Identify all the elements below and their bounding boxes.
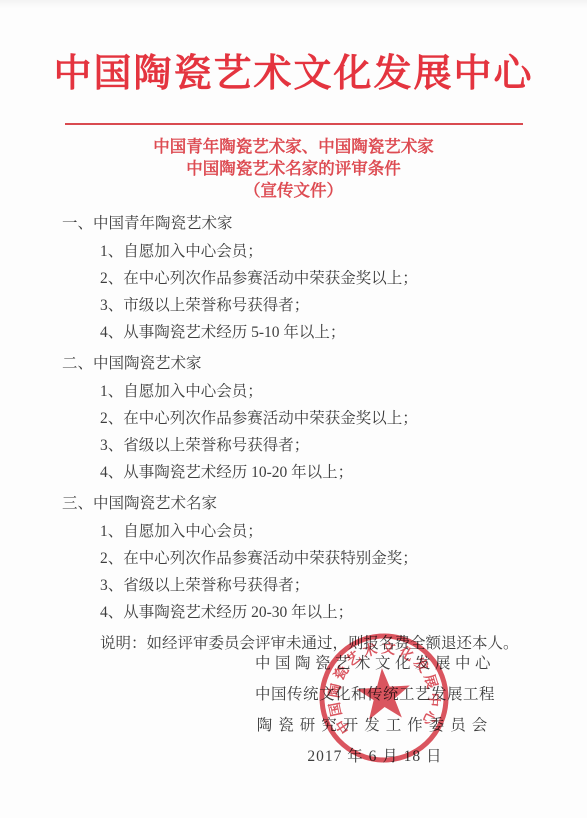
condition-item: 1、自愿加入中心会员； xyxy=(100,382,587,401)
condition-item: 4、从事陶瓷艺术经历 5-10 年以上； xyxy=(100,323,587,342)
document-body: 一、中国青年陶瓷艺术家 1、自愿加入中心会员； 2、在中心列次作品参赛活动中荣获… xyxy=(62,208,587,653)
document-subtitle: 中国青年陶瓷艺术家、中国陶瓷艺术家 中国陶瓷艺术名家的评审条件 （宣传文件） xyxy=(0,136,587,202)
subtitle-line-2: 中国陶瓷艺术名家的评审条件 xyxy=(0,158,587,180)
condition-item: 1、自愿加入中心会员； xyxy=(100,522,587,541)
section-young-ceramic-artist: 一、中国青年陶瓷艺术家 1、自愿加入中心会员； 2、在中心列次作品参赛活动中荣获… xyxy=(62,208,587,342)
section-ceramic-artist: 二、中国陶瓷艺术家 1、自愿加入中心会员； 2、在中心列次作品参赛活动中荣获金奖… xyxy=(62,348,587,482)
letterhead-divider xyxy=(65,123,523,125)
condition-item: 4、从事陶瓷艺术经历 20-30 年以上； xyxy=(100,603,587,622)
letterhead-title: 中国陶瓷艺术文化发展中心 xyxy=(0,0,587,97)
section-heading: 三、中国陶瓷艺术名家 xyxy=(62,488,587,514)
star-icon xyxy=(355,666,412,720)
condition-item: 1、自愿加入中心会员； xyxy=(100,242,587,261)
subtitle-line-3: （宣传文件） xyxy=(0,180,587,202)
section-famous-ceramic-artist: 三、中国陶瓷艺术名家 1、自愿加入中心会员； 2、在中心列次作品参赛活动中荣获特… xyxy=(62,488,587,622)
condition-item: 3、省级以上荣誉称号获得者； xyxy=(100,436,587,455)
condition-item: 2、在中心列次作品参赛活动中荣获特别金奖； xyxy=(100,549,587,568)
condition-item: 4、从事陶瓷艺术经历 10-20 年以上； xyxy=(100,463,587,482)
subtitle-line-1: 中国青年陶瓷艺术家、中国陶瓷艺术家 xyxy=(0,136,587,158)
section-heading: 一、中国青年陶瓷艺术家 xyxy=(62,208,587,234)
condition-item: 2、在中心列次作品参赛活动中荣获金奖以上； xyxy=(100,269,587,288)
condition-item: 3、市级以上荣誉称号获得者； xyxy=(100,296,587,315)
condition-item: 3、省级以上荣誉称号获得者； xyxy=(100,576,587,595)
condition-item: 2、在中心列次作品参赛活动中荣获金奖以上； xyxy=(100,409,587,428)
scan-top-shade xyxy=(0,0,587,8)
section-heading: 二、中国陶瓷艺术家 xyxy=(62,348,587,374)
official-seal-stamp: 中国陶瓷艺术文化发展中心 xyxy=(311,625,456,770)
